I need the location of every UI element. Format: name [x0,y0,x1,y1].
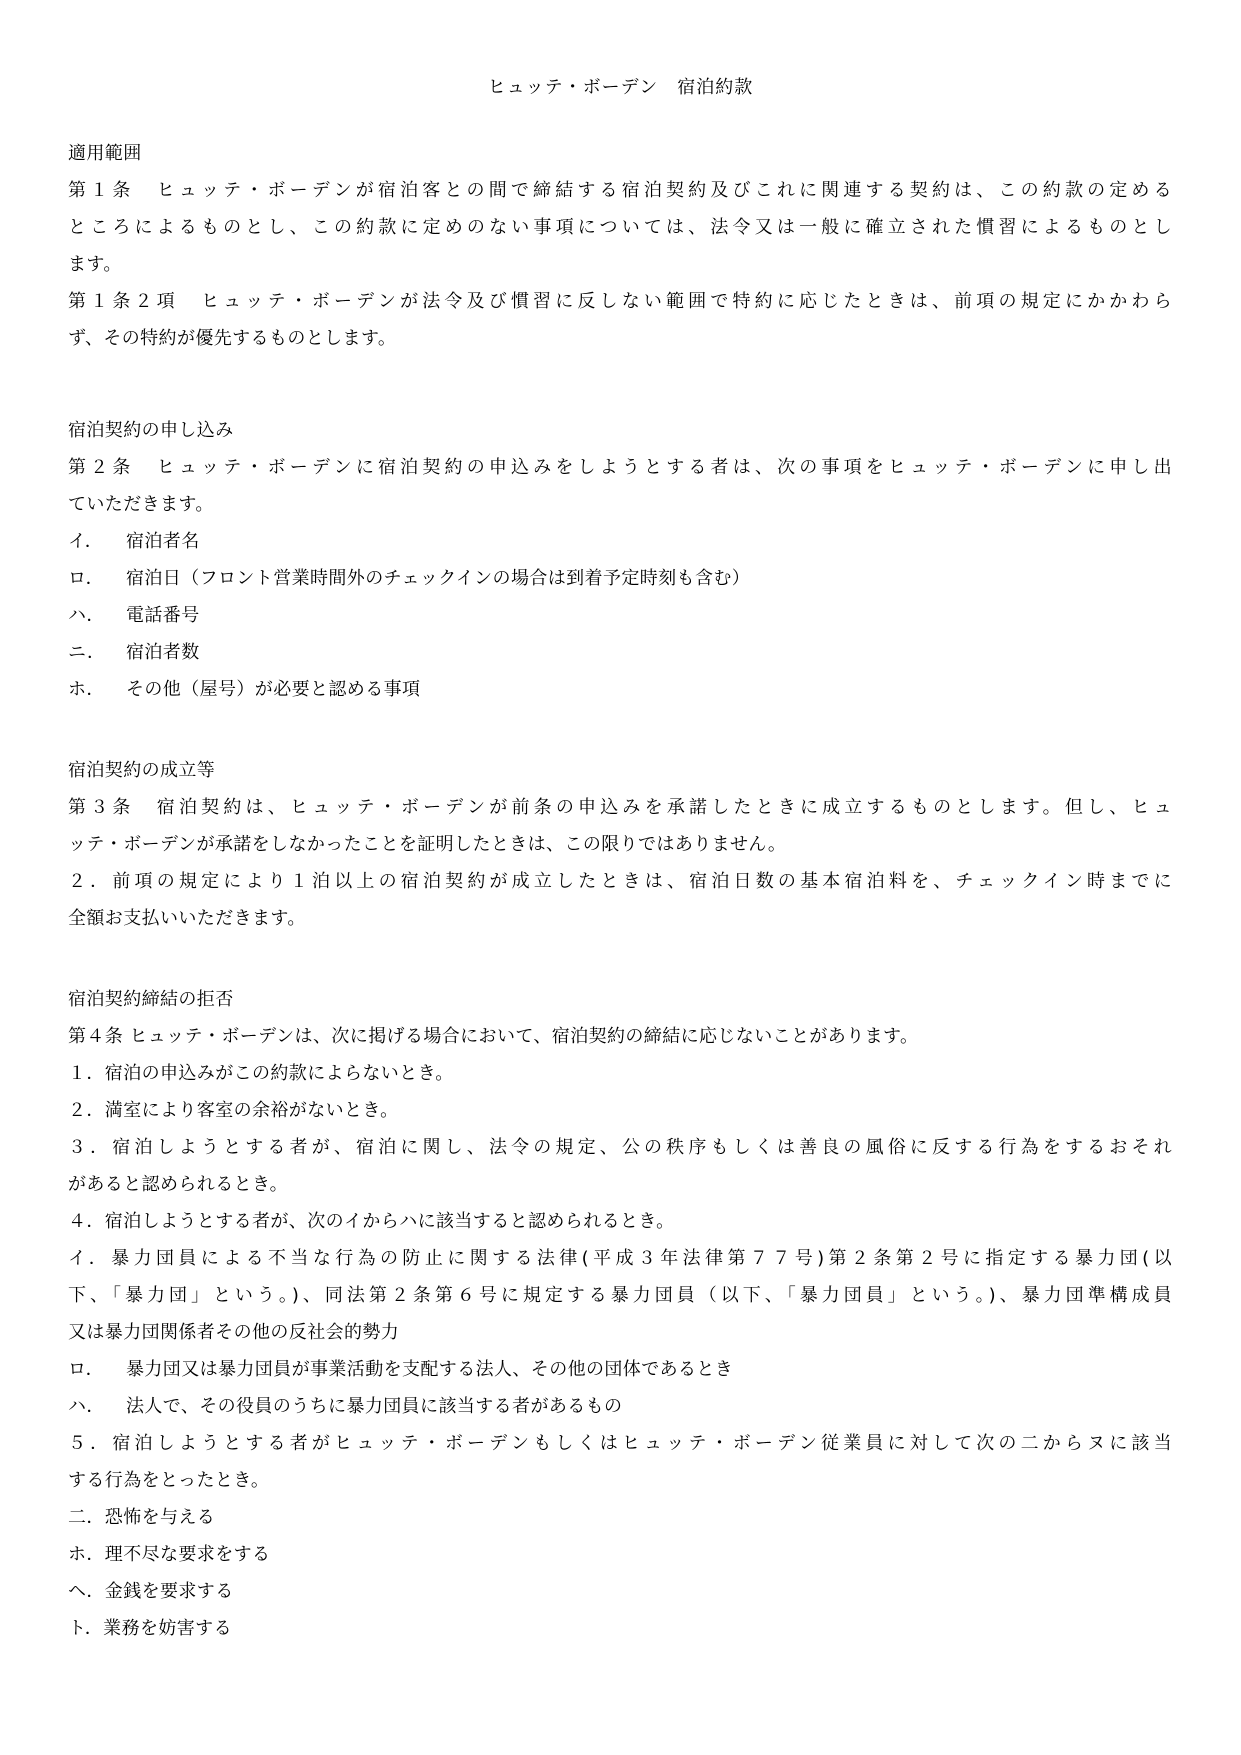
list-marker: ハ． [68,1396,126,1418]
list-item: ホ．その他（屋号）が必要と認める事項 [68,679,1172,701]
list-item: ロ．暴力団又は暴力団員が事業活動を支配する法人、その他の団体であるとき [68,1359,1172,1381]
list-text: 宿泊者名 [126,531,200,552]
article-4-item-5-sub-ho: ホ．理不尽な要求をする [68,1544,1172,1566]
section-heading-scope: 適用範囲 [68,143,1172,165]
section-heading-application: 宿泊契約の申し込み [68,420,1172,442]
list-marker: ロ． [68,568,126,590]
list-text: 宿泊日（フロント営業時間外のチェックインの場合は到着予定時刻も含む） [126,568,750,589]
article-1-2-line-1: 第１条２項 ヒュッテ・ボーデンが法令及び慣習に反しない範囲で特約に応じたときは、… [68,291,1172,313]
article-3-line-1: 第３条 宿泊契約は、ヒュッテ・ボーデンが前条の申込みを承諾したときに成立するもの… [68,797,1172,819]
list-item: イ．宿泊者名 [68,531,1172,553]
list-item: ロ．宿泊日（フロント営業時間外のチェックインの場合は到着予定時刻も含む） [68,568,1172,590]
article-1-line-3: ます。 [68,254,1172,276]
list-item: ハ．電話番号 [68,605,1172,627]
article-3-2-line-2: 全額お支払いいただきます。 [68,908,1172,930]
article-4-item-1: １．宿泊の申込みがこの約款によらないとき。 [68,1063,1172,1085]
article-4-item-4-i-line-2: 下、「暴力団」という。)、同法第２条第６号に規定する暴力団員（以下、「暴力団員」… [68,1285,1172,1307]
article-4-item-5-line-2: する行為をとったとき。 [68,1470,1172,1492]
list-text: その他（屋号）が必要と認める事項 [126,679,420,700]
article-4-item-2: ２．満室により客室の余裕がないとき。 [68,1100,1172,1122]
article-4-item-3-line-2: があると認められるとき。 [68,1174,1172,1196]
document-page: ヒュッテ・ボーデン 宿泊約款 適用範囲 第１条 ヒュッテ・ボーデンが宿泊客との間… [0,0,1241,1755]
list-marker: イ． [68,531,126,553]
list-marker: ハ． [68,605,126,627]
list-marker: ロ． [68,1359,126,1381]
article-4-item-5-sub-to: ト．業務を妨害する [68,1618,1172,1640]
section-heading-formation: 宿泊契約の成立等 [68,760,1172,782]
list-text: 宿泊者数 [126,642,200,663]
article-4-item-3-line-1: ３．宿泊しようとする者が、宿泊に関し、法令の規定、公の秩序もしくは善良の風俗に反… [68,1137,1172,1159]
article-4-item-4-i-line-3: 又は暴力団関係者その他の反社会的勢力 [68,1322,1172,1344]
section-heading-refusal: 宿泊契約締結の拒否 [68,989,1172,1011]
list-item: ハ．法人で、その役員のうちに暴力団員に該当する者があるもの [68,1396,1172,1418]
article-4-item-5-sub-he: ヘ．金銭を要求する [68,1581,1172,1603]
article-4-line-1: 第４条 ヒュッテ・ボーデンは、次に掲げる場合において、宿泊契約の締結に応じないこ… [68,1026,1172,1048]
article-1-line-1: 第１条 ヒュッテ・ボーデンが宿泊客との間で締結する宿泊契約及びこれに関連する契約… [68,180,1172,202]
article-4-item-5-sub-ni: 二．恐怖を与える [68,1507,1172,1529]
list-marker: ホ． [68,679,126,701]
list-text: 法人で、その役員のうちに暴力団員に該当する者があるもの [126,1396,622,1417]
article-4-item-4: ４．宿泊しようとする者が、次のイからハに該当すると認められるとき。 [68,1211,1172,1233]
article-1-line-2: ところによるものとし、この約款に定めのない事項については、法令又は一般に確立され… [68,217,1172,239]
list-text: 電話番号 [126,605,200,626]
article-2-line-2: ていただきます。 [68,494,1172,516]
list-item: ニ．宿泊者数 [68,642,1172,664]
list-text: 暴力団又は暴力団員が事業活動を支配する法人、その他の団体であるとき [126,1359,733,1380]
article-3-line-2: ッテ・ボーデンが承諾をしなかったことを証明したときは、この限りではありません。 [68,834,1172,856]
article-3-2-line-1: ２．前項の規定により１泊以上の宿泊契約が成立したときは、宿泊日数の基本宿泊料を、… [68,871,1172,893]
article-4-item-4-i-line-1: イ．暴力団員による不当な行為の防止に関する法律(平成３年法律第７７号)第２条第２… [68,1248,1172,1270]
article-1-2-line-2: ず、その特約が優先するものとします。 [68,328,1172,350]
list-marker: ニ． [68,642,126,664]
article-4-item-5-line-1: ５．宿泊しようとする者がヒュッテ・ボーデンもしくはヒュッテ・ボーデン従業員に対し… [68,1433,1172,1455]
document-title: ヒュッテ・ボーデン 宿泊約款 [0,77,1241,99]
article-2-line-1: 第２条 ヒュッテ・ボーデンに宿泊契約の申込みをしようとする者は、次の事項をヒュッ… [68,457,1172,479]
